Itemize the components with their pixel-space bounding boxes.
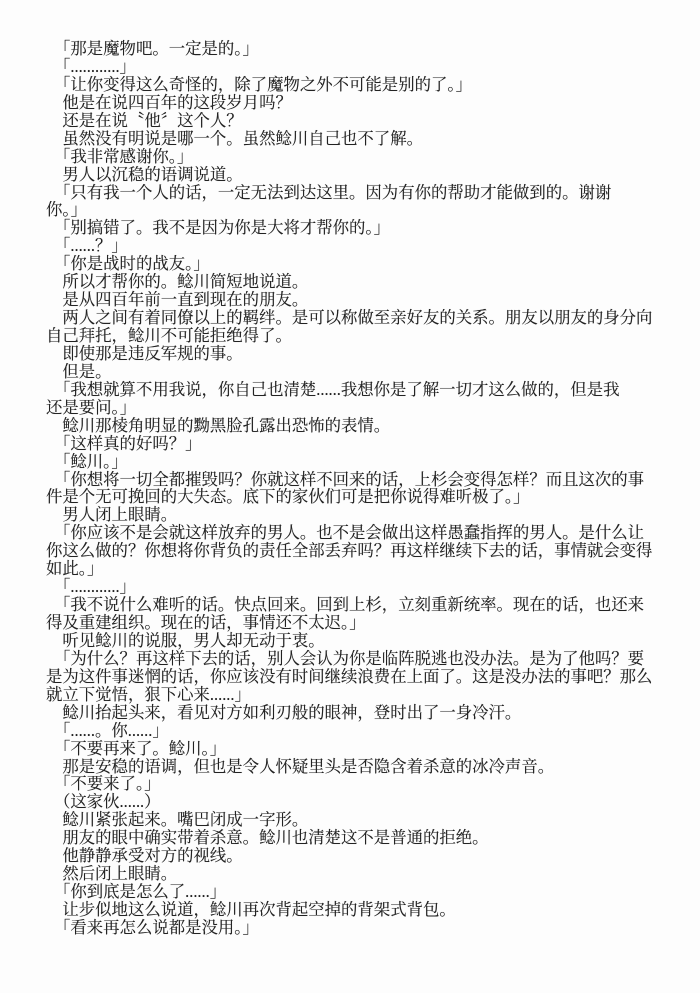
- text-line: 还是在说〝他〞这个人？: [46, 112, 676, 130]
- text-line: 「让你变得这么奇怪的，除了魔物之外不可能是别的了。」: [46, 76, 676, 94]
- text-line: 「为什么？再这样下去的话，别人会认为你是临阵脱逃也没办法。是为了他吗？要: [46, 650, 676, 668]
- text-line: 然后闭上眼睛。: [46, 865, 676, 883]
- text-line: 如此。」: [46, 560, 676, 578]
- novel-text-block: 「那是魔物吧。一定是的。」「............」「让你变得这么奇怪的，除了…: [46, 40, 676, 937]
- text-line: 「只有我一个人的话，一定无法到达这里。因为有你的帮助才能做到的。谢谢: [46, 184, 676, 202]
- text-line: 「......。你......」: [46, 722, 676, 740]
- text-line: 那是安稳的语调，但也是令人怀疑里头是否隐含着杀意的冰冷声音。: [46, 758, 676, 776]
- text-line: 件是个无可挽回的大失态。底下的家伙们可是把你说得难听极了。」: [46, 488, 676, 506]
- text-line: 「我非常感谢你。」: [46, 148, 676, 166]
- text-line: 男人以沉稳的语调说道。: [46, 166, 676, 184]
- text-line: 「你是战时的战友。」: [46, 255, 676, 273]
- text-line: 他静静承受对方的视线。: [46, 847, 676, 865]
- text-line: 「我不说什么难听的话。快点回来。回到上杉，立刻重新统率。现在的话，也还来: [46, 596, 676, 614]
- text-line: 还是要问。」: [46, 399, 676, 417]
- text-line: 「那是魔物吧。一定是的。」: [46, 40, 676, 58]
- text-line: 男人闭上眼睛。: [46, 506, 676, 524]
- text-line: 他是在说四百年的这段岁月吗？: [46, 94, 676, 112]
- scanned-novel-page: 「那是魔物吧。一定是的。」「............」「让你变得这么奇怪的，除了…: [0, 0, 700, 993]
- text-line: 自己拜托，鲶川不可能拒绝得了。: [46, 327, 676, 345]
- text-line: 鲶川那棱角明显的黝黑脸孔露出恐怖的表情。: [46, 417, 676, 435]
- text-line: 「这样真的好吗？」: [46, 435, 676, 453]
- text-line: 你这么做的？你想将你背负的责任全部丢弃吗？再这样继续下去的话，事情就会变得: [46, 542, 676, 560]
- text-line: 两人之间有着同僚以上的羁绊。是可以称做至亲好友的关系。朋友以朋友的身分向: [46, 309, 676, 327]
- text-line: 鲶川紧张起来。嘴巴闭成一字形。: [46, 811, 676, 829]
- text-line: 所以才帮你的。鲶川简短地说道。: [46, 273, 676, 291]
- text-line: 但是。: [46, 363, 676, 381]
- text-line: 「不要再来了。鲶川。」: [46, 740, 676, 758]
- text-line: 虽然没有明说是哪一个。虽然鲶川自己也不了解。: [46, 130, 676, 148]
- text-line: 「看来再怎么说都是没用。」: [46, 919, 676, 937]
- text-line: 「......？」: [46, 237, 676, 255]
- text-line: 朋友的眼中确实带着杀意。鲶川也清楚这不是普通的拒绝。: [46, 829, 676, 847]
- text-line: 得及重建组织。现在的话，事情还不太迟。」: [46, 614, 676, 632]
- text-line: （这家伙......）: [46, 793, 676, 811]
- text-line: 「你想将一切全都摧毁吗？你就这样不回来的话，上杉会变得怎样？而且这次的事: [46, 471, 676, 489]
- text-line: 听见鲶川的说服，男人却无动于衷。: [46, 632, 676, 650]
- text-line: 是为这件事迷惘的话，你应该没有时间继续浪费在上面了。这是没办法的事吧？那么: [46, 668, 676, 686]
- text-line: 是从四百年前一直到现在的朋友。: [46, 291, 676, 309]
- text-line: 「你应该不是会就这样放弃的男人。也不是会做出这样愚蠢指挥的男人。是什么让: [46, 524, 676, 542]
- text-line: 「鲶川。」: [46, 453, 676, 471]
- text-line: 让步似地这么说道，鲶川再次背起空掉的背架式背包。: [46, 901, 676, 919]
- text-line: 「不要来了。」: [46, 775, 676, 793]
- text-line: 鲶川抬起头来，看见对方如利刃般的眼神，登时出了一身冷汗。: [46, 704, 676, 722]
- text-line: 即使那是违反军规的事。: [46, 345, 676, 363]
- text-line: 「别搞错了。我不是因为你是大将才帮你的。」: [46, 219, 676, 237]
- text-line: 「你到底是怎么了......」: [46, 883, 676, 901]
- text-line: 「............」: [46, 58, 676, 76]
- text-line: 「............」: [46, 578, 676, 596]
- text-line: 你。」: [46, 201, 676, 219]
- text-line: 就立下觉悟，狠下心来......」: [46, 686, 676, 704]
- text-line: 「我想就算不用我说，你自己也清楚......我想你是了解一切才这么做的，但是我: [46, 381, 676, 399]
